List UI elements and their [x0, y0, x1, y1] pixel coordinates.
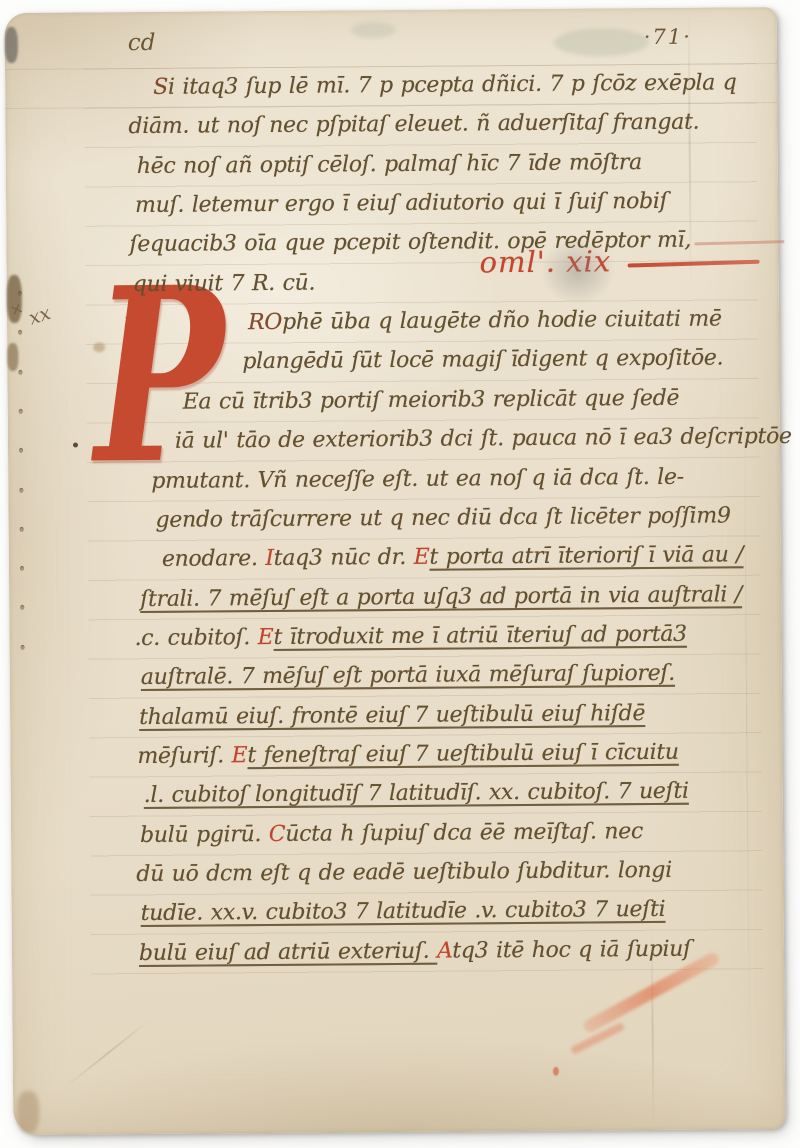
text-line: hēc noſ añ optiſ cēloſ. palmaſ hīc 7 īde… — [137, 149, 642, 181]
pricking-mark — [20, 605, 24, 610]
text-segment: qui viuit 7 R. cū. — [133, 270, 316, 296]
text-segment: pmutant. Vñ neceſſe eſt. ut ea noſ q iā … — [151, 464, 684, 493]
pricking-mark — [18, 330, 22, 335]
text-segment: thalamū eiuſ. frontē eiuſ 7 ueſtibulū ei… — [139, 701, 645, 730]
parchment-page: cd ·71· + xx p oml'. xix P Si itaq3 ſup … — [5, 7, 786, 1135]
text-line: bulū eiuſ ad atriū exteriuſ. Atq3 itē ho… — [139, 935, 691, 967]
text-segment: ūcta h ſupiuſ dca ēē meīſtaſ. nec — [285, 819, 643, 847]
text-line: diām. ut noſ nec pſpitaſ eleuet. ñ aduer… — [128, 109, 699, 141]
edge-stain — [5, 27, 18, 63]
pricking-mark — [21, 645, 25, 650]
ink-spot — [73, 442, 78, 447]
text-segment: Ea cū ītrib3 portiſ meiorib3 replicāt qu… — [183, 386, 680, 415]
text-line: auſtralē. 7 mēſuſ eſt portā iuxā mēſuraſ… — [141, 660, 675, 692]
text-segment: .c. cubitoſ. — [134, 625, 257, 651]
rubricated-letter: I — [265, 546, 274, 571]
pricking-mark — [18, 291, 22, 296]
pricking-mark — [19, 487, 23, 492]
rubricated-letter: E — [414, 545, 430, 570]
show-through — [554, 28, 649, 57]
edge-stain — [7, 343, 18, 371]
pricking-mark — [20, 566, 24, 571]
text-segment: ſequacib3 oīa que pcepit oſtendit. opē r… — [129, 228, 691, 257]
text-segment: phē ūba q laugēte dño hodie ciuitati mē — [282, 307, 722, 335]
text-segment: .l. cubitoſ longitudīſ 7 latitudīſ. xx. … — [144, 779, 689, 808]
text-segment: enodare. — [162, 546, 266, 572]
text-line: enodare. Itaq3 nūc dr. Et porta atrī īte… — [162, 541, 744, 574]
text-segment: dū uō dcm eſt q de eadē ueſtibulo ſubdit… — [136, 858, 672, 887]
text-line: bulū pgirū. Cūcta h ſupiuſ dca ēē meīſta… — [140, 818, 643, 850]
text-line: muſ. letemur ergo ī eiuſ adiutorio qui ī… — [135, 188, 668, 220]
rubricated-letter: E — [258, 625, 274, 650]
text-segment: tudīe. xx.v. cubito3 7 latitudīe .v. cub… — [141, 897, 666, 926]
text-segment: t porta atrī īterioriſ ī viā au / — [429, 542, 743, 569]
text-line: .l. cubitoſ longitudīſ 7 latitudīſ. xx. … — [144, 778, 689, 810]
pricking-mark — [20, 527, 24, 532]
manuscript-photo: { "manuscript": { "folio_number": "·71·"… — [0, 0, 800, 1148]
text-line: mēſuriſ. Et feneſtraſ eiuſ 7 ueſtibulū e… — [137, 739, 679, 771]
rubricated-letter: E — [232, 743, 248, 768]
text-segment: tq3 itē hoc q iā ſupiuſ — [452, 936, 691, 963]
text-segment: t feneſtraſ eiuſ 7 ueſtibulū eiuſ ī cīcu… — [247, 740, 679, 768]
text-line: tudīe. xx.v. cubito3 7 latitudīe .v. cub… — [141, 896, 666, 928]
text-segment: ſtrali. 7 mēſuſ eſt a porta uſq3 ad port… — [140, 582, 742, 612]
text-line: Ea cū ītrib3 portiſ meiorib3 replicāt qu… — [183, 385, 680, 417]
rubricated-letter: C — [269, 822, 286, 847]
rubricated-letter: A — [437, 938, 452, 963]
text-segment: bulū eiuſ ad atriū exteriuſ. — [139, 938, 437, 965]
show-through — [351, 22, 396, 38]
text-line: dū uō dcm eſt q de eadē ueſtibulo ſubdit… — [136, 857, 672, 889]
text-line: iā ul' tāo de exteriorib3 dci ſt. pauca … — [175, 423, 792, 456]
pricking-mark — [18, 370, 22, 375]
text-segment: hēc noſ añ optiſ cēloſ. palmaſ hīc 7 īde… — [137, 150, 642, 179]
text-segment: bulū pgirū. — [140, 822, 269, 848]
text-segment: iā ul' tāo de exteriorib3 dci ſt. pauca … — [175, 424, 792, 454]
text-segment: taq3 nūc dr. — [274, 545, 414, 571]
text-segment: RO — [248, 310, 282, 335]
text-line: .c. cubitoſ. Et ītroduxit me ī atriū īte… — [134, 621, 687, 653]
text-line: pmutant. Vñ neceſſe eſt. ut ea noſ q iā … — [151, 463, 684, 495]
pricking-mark — [19, 448, 23, 453]
text-line: thalamū eiuſ. frontē eiuſ 7 ueſtibulū ei… — [139, 700, 645, 732]
text-block: Si itaq3 ſup lē mī. 7 p pcepta dñici. 7 … — [128, 69, 765, 994]
quire-signature: cd — [128, 30, 156, 56]
text-line: plangēdū ſūt locē magiſ īdigent q expoſi… — [242, 345, 723, 377]
text-segment: diām. ut noſ nec pſpitaſ eleuet. ñ aduer… — [128, 110, 699, 139]
text-line: gendo trāſcurrere ut q nec diū dca ſt li… — [155, 502, 730, 535]
text-segment: S — [153, 75, 168, 100]
text-segment: mēſuriſ. — [137, 743, 231, 769]
text-segment: t ītroduxit me ī atriū īteriuſ ad portā3 — [273, 622, 687, 650]
stain — [93, 342, 105, 352]
text-segment: plangēdū ſūt locē magiſ īdigent q expoſi… — [242, 346, 723, 375]
folio-number: ·71· — [644, 25, 692, 49]
red-pigment-dot — [553, 1067, 559, 1076]
text-line: ROphē ūba q laugēte dño hodie ciuitati m… — [248, 306, 722, 338]
text-segment: gendo trāſcurrere ut q nec diū dca ſt li… — [155, 503, 730, 533]
text-line: ſequacib3 oīa que pcepit oſtendit. opē r… — [129, 227, 691, 259]
text-line: qui viuit 7 R. cū. — [133, 269, 316, 298]
crease-line — [64, 1018, 151, 1088]
text-line: ſtrali. 7 mēſuſ eſt a porta uſq3 ad port… — [140, 581, 742, 614]
margin-gloss-xx: xx — [26, 302, 53, 330]
text-segment: muſ. letemur ergo ī eiuſ adiutorio qui ī… — [135, 189, 668, 218]
text-line: Si itaq3 ſup lē mī. 7 p pcepta dñici. 7 … — [153, 69, 736, 102]
text-segment: i itaq3 ſup lē mī. 7 p pcepta dñici. 7 p… — [168, 70, 737, 99]
stain — [17, 1091, 39, 1133]
text-segment: auſtralē. 7 mēſuſ eſt portā iuxā mēſuraſ… — [141, 661, 675, 690]
edge-stain — [7, 275, 22, 323]
pricking-mark — [19, 409, 23, 414]
